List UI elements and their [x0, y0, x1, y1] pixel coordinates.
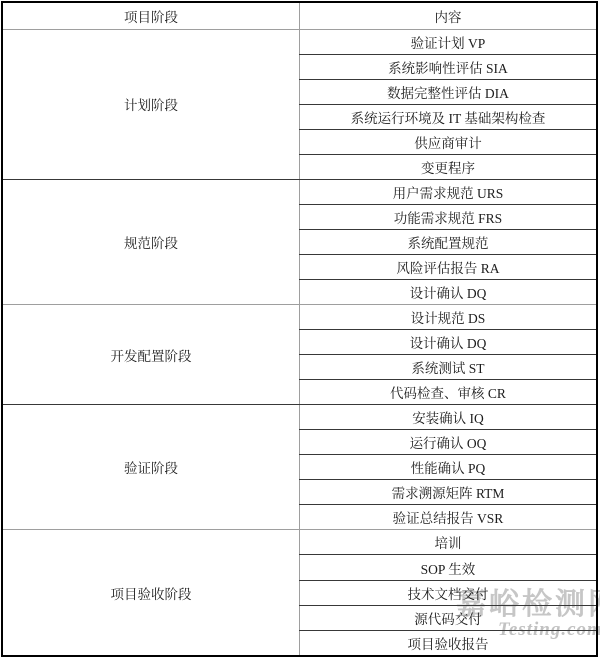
phase-cell: 项目验收阶段	[2, 530, 300, 656]
item-cell: 代码检查、审核 CR	[300, 380, 598, 405]
item-cell: 培训	[300, 530, 598, 555]
item-cell: 验证计划 VP	[300, 29, 598, 54]
item-cell: 功能需求规范 FRS	[300, 204, 598, 229]
item-cell: 设计规范 DS	[300, 305, 598, 330]
table-row: 项目验收阶段培训	[2, 530, 597, 555]
table-row: 验证阶段安装确认 IQ	[2, 405, 597, 430]
item-cell: 风险评估报告 RA	[300, 254, 598, 279]
item-cell: 设计确认 DQ	[300, 279, 598, 304]
item-cell: 技术文档交付	[300, 580, 598, 605]
table-row: 开发配置阶段设计规范 DS	[2, 305, 597, 330]
item-cell: 数据完整性评估 DIA	[300, 79, 598, 104]
item-cell: 用户需求规范 URS	[300, 179, 598, 204]
header-row: 项目阶段 内容	[2, 2, 597, 29]
phase-cell: 计划阶段	[2, 29, 300, 179]
item-cell: 源代码交付	[300, 605, 598, 630]
item-cell: SOP 生效	[300, 555, 598, 580]
header-phase: 项目阶段	[2, 2, 300, 29]
item-cell: 项目验收报告	[300, 630, 598, 656]
item-cell: 系统影响性评估 SIA	[300, 54, 598, 79]
phase-content-table: 项目阶段 内容 计划阶段验证计划 VP系统影响性评估 SIA数据完整性评估 DI…	[1, 1, 598, 657]
table-row: 规范阶段用户需求规范 URS	[2, 179, 597, 204]
item-cell: 变更程序	[300, 154, 598, 179]
table-body: 计划阶段验证计划 VP系统影响性评估 SIA数据完整性评估 DIA系统运行环境及…	[2, 29, 597, 656]
item-cell: 需求溯源矩阵 RTM	[300, 480, 598, 505]
phase-cell: 规范阶段	[2, 179, 300, 304]
item-cell: 系统测试 ST	[300, 355, 598, 380]
item-cell: 设计确认 DQ	[300, 330, 598, 355]
item-cell: 性能确认 PQ	[300, 455, 598, 480]
item-cell: 安装确认 IQ	[300, 405, 598, 430]
item-cell: 运行确认 OQ	[300, 430, 598, 455]
item-cell: 供应商审计	[300, 129, 598, 154]
item-cell: 验证总结报告 VSR	[300, 505, 598, 530]
document-page: 嘉峪检测网 Testing.com 项目阶段 内容 计划阶段验证计划 VP系统影…	[0, 0, 600, 659]
phase-cell: 验证阶段	[2, 405, 300, 530]
item-cell: 系统运行环境及 IT 基础架构检查	[300, 104, 598, 129]
item-cell: 系统配置规范	[300, 229, 598, 254]
phase-cell: 开发配置阶段	[2, 305, 300, 405]
header-content: 内容	[300, 2, 598, 29]
table-row: 计划阶段验证计划 VP	[2, 29, 597, 54]
